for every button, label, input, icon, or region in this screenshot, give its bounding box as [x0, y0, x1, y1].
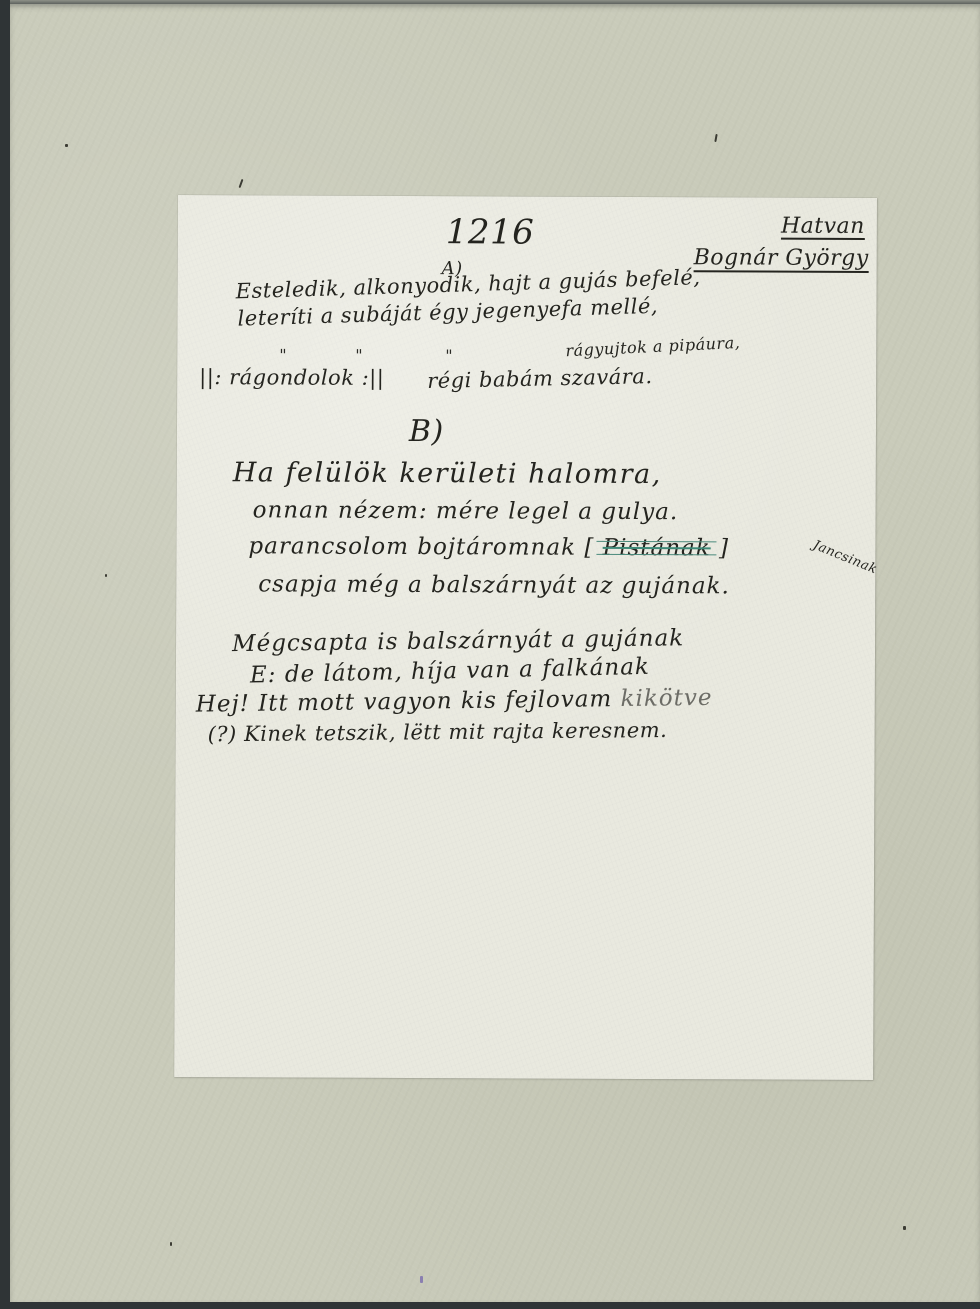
scanned-card: 1216 Hatvan Bognár György A) Esteledik, … [0, 0, 980, 1309]
verse-prefix: (?) [208, 722, 237, 746]
bracket: [ [584, 535, 594, 561]
verse-line: onnan nézem: mére legel a gulya. [253, 497, 679, 525]
verse-line: E: de látom, híja van a falkának [250, 654, 650, 689]
paper-speck [714, 134, 717, 142]
ditto-mark: " [279, 345, 286, 364]
verse-line: régi babám szavára. [427, 364, 653, 393]
paper-speck [65, 144, 68, 147]
paper-speck [105, 574, 107, 577]
bracket: ] [719, 535, 729, 561]
verse-text-faint: kikötve [620, 685, 712, 712]
verse-line: csapja még a balszárnyát az gujának. [258, 571, 730, 599]
ditto-mark: " [355, 346, 362, 365]
verse-line: Ha felülök kerületi halomra, [233, 457, 662, 490]
board-top-shadow [10, 0, 980, 8]
place-name: Hatvan [781, 214, 865, 239]
verse-prefix: Hej! [196, 691, 250, 718]
verse-prefix: E: [250, 662, 277, 689]
margin-correction: Jancsinak [811, 538, 880, 578]
paper-speck [170, 1242, 172, 1246]
manuscript-sheet: 1216 Hatvan Bognár György A) Esteledik, … [174, 195, 877, 1080]
paper-speck [903, 1226, 906, 1230]
verse-line: (?) Kinek tetszik, lëtt mit rajta keresn… [208, 718, 668, 746]
paper-speck [239, 179, 244, 188]
verse-text: parancsolom bojtáromnak [248, 533, 576, 560]
paper-speck [420, 1276, 423, 1283]
verse-line-repeat-prefix: ||: rágondolok :|| [199, 365, 384, 390]
verse-line: Hej! Itt mott vagyon kis fejlovam kikötv… [196, 685, 713, 718]
verse-text: Kinek tetszik, lëtt mit rajta keresnem. [244, 718, 667, 746]
author-name: Bognár György [694, 245, 869, 271]
verse-line: parancsolom bojtáromnak [ Pistának ] [248, 533, 729, 561]
struck-word: Pistának [603, 535, 711, 561]
verse-insert: rágyujtok a pipáura, [565, 333, 741, 360]
ditto-mark: " [445, 346, 452, 365]
verse-text: Itt mott vagyon kis fejlovam [258, 686, 612, 717]
page-number: 1216 [446, 212, 535, 252]
verse-line: Mégcsapta is balszárnyát a gujának [232, 625, 684, 657]
section-b-marker: B) [409, 414, 444, 449]
verse-text: de látom, híja van a falkának [285, 654, 651, 688]
